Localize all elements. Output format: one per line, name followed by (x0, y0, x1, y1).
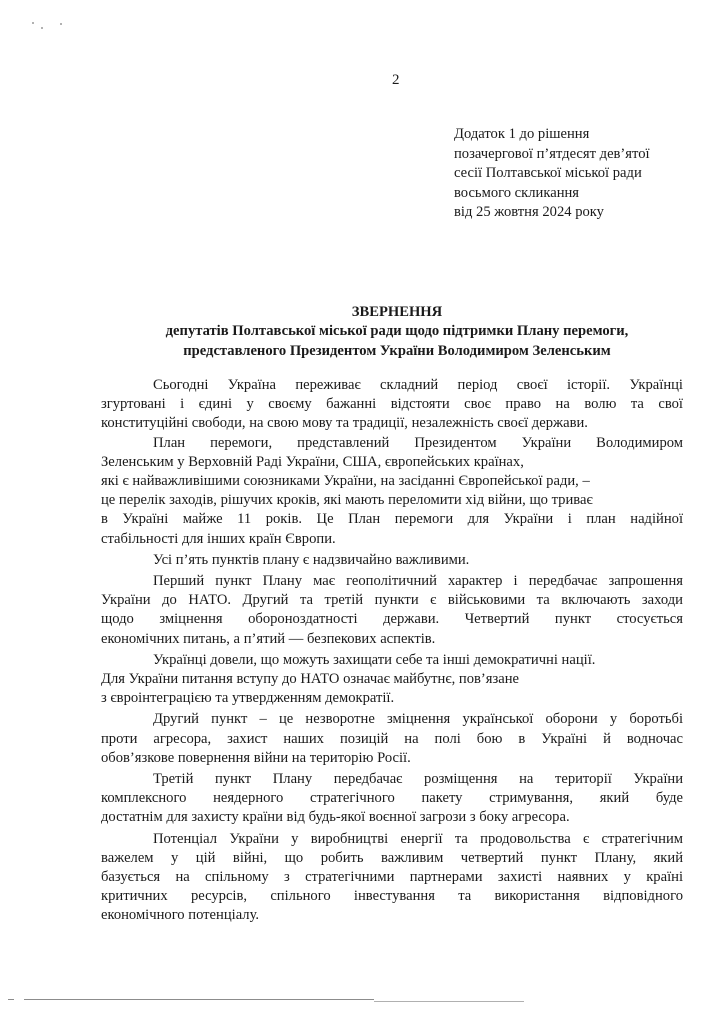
text-line: згуртовані і єдині у своєму бажанні відс… (101, 395, 683, 414)
paragraph-5: Українці довели, що можуть захищати себе… (101, 651, 683, 709)
scan-edge-line (8, 999, 14, 1000)
text-line: Українці довели, що можуть захищати себе… (101, 651, 683, 670)
text-line: План перемоги, представлений Президентом… (101, 434, 683, 453)
text-line: економічних питань, а п’ятий — безпекови… (101, 630, 683, 649)
document-subtitle-line-2: представленого Президентом України Волод… (70, 342, 724, 362)
text-line: з євроінтеграцією та утвердженням демокр… (101, 689, 683, 708)
scan-edge-line (374, 1001, 524, 1002)
text-line: стабільності для інших країн Європи. (101, 530, 683, 549)
addendum-block: Додаток 1 до рішення позачергової п’ятде… (454, 125, 650, 223)
text-line: які є найважливішими союзниками України,… (101, 472, 683, 491)
text-line: Для України питання вступу до НАТО означ… (101, 670, 683, 689)
text-line: Третій пункт Плану передбачає розміщення… (101, 770, 683, 789)
text-line: важелем у цій війні, що робить важливим … (101, 849, 683, 868)
text-line: Перший пункт Плану має геополітичний хар… (101, 572, 683, 591)
scan-artifacts (28, 18, 68, 32)
paragraph-3: Усі п’ять пунктів плану є надзвичайно ва… (101, 551, 683, 570)
text-line: в Україні майже 11 років. Це План перемо… (101, 510, 683, 529)
text-line: конституційні свободи, на свою мову та т… (101, 414, 683, 433)
addendum-line: восьмого скликання (454, 184, 650, 204)
addendum-line: сесії Полтавської міської ради (454, 164, 650, 184)
document-body: Сьогодні Україна переживає складний пері… (101, 376, 683, 926)
document-title: ЗВЕРНЕННЯ (70, 303, 724, 322)
text-line: щодо зміцнення обороноздатності держави.… (101, 610, 683, 629)
text-line: Усі п’ять пунктів плану є надзвичайно ва… (101, 551, 683, 570)
text-line: Другий пункт – це незворотне зміцнення у… (101, 710, 683, 729)
text-line: комплексного неядерного стратегічного па… (101, 789, 683, 808)
text-line: критичних ресурсів, спільного інвестуван… (101, 887, 683, 906)
document-subtitle-line-1: депутатів Полтавської міської ради щодо … (70, 322, 724, 342)
paragraph-8: Потенціал України у виробництві енергії … (101, 830, 683, 926)
paragraph-1: Сьогодні Україна переживає складний пері… (101, 376, 683, 434)
addendum-line: позачергової п’ятдесят дев’ятої (454, 145, 650, 165)
document-heading: ЗВЕРНЕННЯ депутатів Полтавської міської … (0, 303, 724, 361)
text-line: економічного потенціалу. (101, 906, 683, 925)
addendum-line: від 25 жовтня 2024 року (454, 203, 650, 223)
paragraph-6: Другий пункт – це незворотне зміцнення у… (101, 710, 683, 768)
text-line: Сьогодні Україна переживає складний пері… (101, 376, 683, 395)
text-line: базується на спільному з стратегічними п… (101, 868, 683, 887)
text-line: Потенціал України у виробництві енергії … (101, 830, 683, 849)
addendum-line: Додаток 1 до рішення (454, 125, 650, 145)
text-line: проти агресора, захист наших позицій на … (101, 730, 683, 749)
text-line: України до НАТО. Другий та третій пункти… (101, 591, 683, 610)
text-line: Зеленським у Верховній Раді України, США… (101, 453, 683, 472)
text-line: це перелік заходів, рішучих кроків, які … (101, 491, 683, 510)
text-line: достатнім для захисту країни від будь-як… (101, 808, 683, 827)
text-line: обов’язкове повернення війни на територі… (101, 749, 683, 768)
paragraph-2: План перемоги, представлений Президентом… (101, 434, 683, 549)
page-number: 2 (392, 72, 400, 89)
paragraph-7: Третій пункт Плану передбачає розміщення… (101, 770, 683, 828)
paragraph-4: Перший пункт Плану має геополітичний хар… (101, 572, 683, 649)
scan-edge-line (24, 999, 374, 1000)
